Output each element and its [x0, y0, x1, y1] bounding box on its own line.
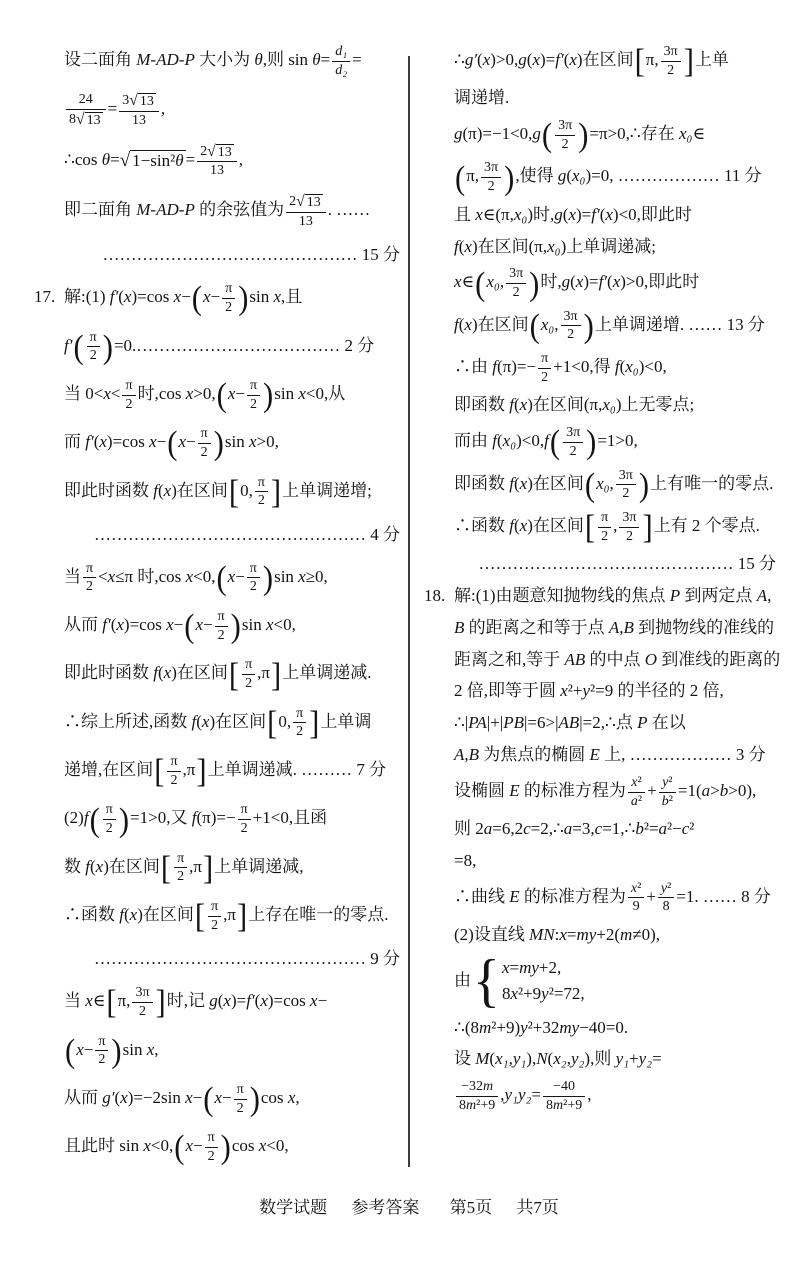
fraction: π2	[255, 475, 268, 509]
fraction: π2	[103, 802, 116, 836]
exam-answer-page: 设二面角 M-AD-P 大小为 θ,则 sin θ=d₁d₂=248√13=3√…	[0, 0, 800, 1264]
content-line: f′(π2)=0.……………………………… 2 分	[34, 330, 408, 364]
content-line: 距离之和,等于 AB 的中点 O 到准线的距离的	[424, 648, 784, 672]
content-line: 当π2<x≤π 时,cos x<0,(x−π2)sin x≥0,	[34, 561, 408, 595]
content-line: 设二面角 M-AD-P 大小为 θ,则 sin θ=d₁d₂=	[34, 44, 408, 78]
fraction: 3π2	[619, 510, 639, 544]
content-line: 即此时函数 f(x)在区间[0,π2]上单调递增;	[34, 475, 408, 509]
content-line: ∴|PA|+|PB|=6>|AB|=2,∴点 P 在以	[424, 711, 784, 735]
content-line: 由{x=my+2,8x²+9y²=72,	[424, 955, 784, 1008]
content-line: g(π)=−1<0,g(3π2)=π>0,∴存在 x₀∈	[424, 118, 784, 152]
content-line: −32m8m²+9,y₁y₂=−408m²+9,	[424, 1079, 784, 1113]
content-line: 则 2a=6,2c=2,∴a=3,c=1,∴b²=a²−c²	[424, 817, 784, 841]
fraction: −408m²+9	[543, 1079, 585, 1113]
footer-total-pages: 共7页	[516, 1193, 559, 1218]
content-line: f(x)在区间(x₀,3π2)上单调递增. …… 13 分	[424, 309, 784, 343]
content-line: 17.解:(1) f′(x)=cos x−(x−π2)sin x,且	[34, 281, 408, 315]
content-line: 即函数 f(x)在区间(x₀,3π2)上有唯一的零点.	[424, 468, 784, 502]
content-line: ∴由 f(π)=−π2+1<0,得 f(x₀)<0,	[424, 351, 784, 385]
content-line: ……………………………………… 15 分	[34, 243, 408, 267]
content-line: ∴曲线 E 的标准方程为x²9+y²8=1. …… 8 分	[424, 881, 784, 915]
content-line: x∈(x₀,3π2)时,g(x)=f′(x)>0,即此时	[424, 266, 784, 300]
content-line: 数 f(x)在区间[π2,π]上单调递减,	[34, 851, 408, 885]
content-line: 248√13=3√1313,	[34, 92, 408, 128]
fraction: π2	[83, 561, 96, 595]
fraction: π2	[174, 851, 187, 885]
problem-number: 17.	[34, 285, 64, 309]
fraction: π2	[122, 378, 135, 412]
sqrt-radical: √13	[129, 92, 156, 110]
fraction: 3π2	[481, 160, 501, 194]
fraction: 3π2	[563, 425, 583, 459]
fraction: y²b²	[659, 775, 676, 809]
content-line: 递增,在区间[π2,π]上单调递减. ……… 7 分	[34, 754, 408, 788]
fraction: π2	[205, 1130, 218, 1164]
content-line: ∴cos θ=√1−sin²θ=2√1313,	[34, 143, 408, 179]
content-line: 18.解:(1)由题意知抛物线的焦点 P 到两定点 A,	[424, 584, 784, 608]
footer-answer-label: 参考答案	[351, 1193, 419, 1218]
content-line: 而 f′(x)=cos x−(x−π2)sin x>0,	[34, 426, 408, 460]
fraction: y²8	[658, 881, 674, 915]
content-line: 当 0<x<π2时,cos x>0,(x−π2)sin x<0,从	[34, 378, 408, 412]
right-column: ∴g′(x)>0,g(x)=f′(x)在区间[π,3π2]上单调递增.g(π)=…	[410, 44, 784, 1193]
content-line: 且此时 sin x<0,(x−π2)cos x<0,	[34, 1130, 408, 1164]
content-line: 而由 f(x₀)<0,f(3π2)=1>0,	[424, 425, 784, 459]
fraction: 3√1313	[119, 92, 159, 128]
fraction: 3π2	[561, 309, 581, 343]
two-column-layout: 设二面角 M-AD-P 大小为 θ,则 sin θ=d₁d₂=248√13=3√…	[34, 44, 784, 1193]
fraction: π2	[247, 561, 260, 595]
fraction: π2	[538, 351, 551, 385]
content-line: 设椭圆 E 的标准方程为x²a²+y²b²=1(a>b>0),	[424, 775, 784, 809]
fraction: x²9	[628, 881, 644, 915]
content-line: 当 x∈[π,3π2]时,记 g(x)=f′(x)=cos x−	[34, 985, 408, 1019]
fraction: 248√13	[66, 92, 106, 128]
content-line: ∴函数 f(x)在区间[π2,3π2]上有 2 个零点.	[424, 510, 784, 544]
fraction: π2	[293, 706, 306, 740]
content-line: 设 M(x₁,y₁),N(x₂,y₂),则 y₁+y₂=	[424, 1047, 784, 1071]
content-line: 调递增.	[424, 86, 784, 110]
content-line: 2 倍,即等于圆 x²+y²=9 的半径的 2 倍,	[424, 679, 784, 703]
fraction: d₁d₂	[332, 44, 350, 78]
fraction: x²a²	[628, 775, 645, 809]
fraction: π2	[234, 1082, 247, 1116]
fraction: 3π2	[616, 468, 636, 502]
problem-number: 18.	[424, 584, 454, 608]
fraction: π2	[198, 426, 211, 460]
content-line: 且 x∈(π,x₀)时,g(x)=f′(x)<0,即此时	[424, 203, 784, 227]
fraction: 3π2	[555, 118, 575, 152]
fraction: −32m8m²+9	[456, 1079, 498, 1113]
content-line: A,B 为焦点的椭圆 E 上, ……………… 3 分	[424, 743, 784, 767]
fraction: π2	[167, 754, 180, 788]
fraction: 3π2	[661, 44, 681, 78]
sqrt-radical: √1−sin²θ	[120, 148, 186, 175]
content-line: ………………………………………… 9 分	[34, 947, 408, 971]
content-line: ……………………………………… 15 分	[424, 552, 784, 576]
content-line: (π,3π2),使得 g(x₀)=0, ……………… 11 分	[424, 160, 784, 194]
fraction: 3π2	[132, 985, 152, 1019]
content-line: ∴g′(x)>0,g(x)=f′(x)在区间[π,3π2]上单	[424, 44, 784, 78]
content-line: 从而 f′(x)=cos x−(x−π2)sin x<0,	[34, 609, 408, 643]
fraction: π2	[215, 609, 228, 643]
footer-doc-title: 数学试题	[259, 1193, 327, 1218]
fraction: π2	[208, 899, 221, 933]
content-line: ………………………………………… 4 分	[34, 523, 408, 547]
fraction: π2	[238, 802, 251, 836]
sqrt-radical: √13	[207, 143, 234, 161]
page-footer: 数学试题 参考答案 第5页 共7页	[34, 1193, 784, 1264]
fraction: π2	[247, 378, 260, 412]
content-line: (2)设直线 MN:x=my+2(m≠0),	[424, 923, 784, 947]
content-line: B 的距离之和等于点 A,B 到抛物线的准线的	[424, 616, 784, 640]
left-column: 设二面角 M-AD-P 大小为 θ,则 sin θ=d₁d₂=248√13=3√…	[34, 44, 408, 1193]
sqrt-radical: √13	[296, 193, 323, 211]
content-line: 即二面角 M-AD-P 的余弦值为2√1313. ……	[34, 193, 408, 229]
fraction: π2	[222, 281, 235, 315]
content-line: =8,	[424, 849, 784, 873]
fraction: π2	[598, 510, 611, 544]
content-line: 即此时函数 f(x)在区间[π2,π]上单调递减.	[34, 657, 408, 691]
equation-system: {x=my+2,8x²+9y²=72,	[473, 955, 585, 1008]
fraction: π2	[95, 1034, 108, 1068]
fraction: 3π2	[506, 266, 526, 300]
fraction: π2	[242, 657, 255, 691]
content-line: ∴函数 f(x)在区间[π2,π]上存在唯一的零点.	[34, 899, 408, 933]
fraction: π2	[87, 330, 100, 364]
content-line: 即函数 f(x)在区间(π,x₀)上无零点;	[424, 393, 784, 417]
content-line: (2)f(π2)=1>0,又 f(π)=−π2+1<0,且函	[34, 802, 408, 836]
content-line: ∴综上所述,函数 f(x)在区间[0,π2]上单调	[34, 706, 408, 740]
fraction: 2√1313	[197, 143, 237, 179]
fraction: 2√1313	[286, 193, 326, 229]
content-line: f(x)在区间(π,x₀)上单调递减;	[424, 235, 784, 259]
content-line: ∴(8m²+9)y²+32my−40=0.	[424, 1016, 784, 1040]
footer-page-number: 第5页	[450, 1193, 493, 1218]
content-line: 从而 g′(x)=−2sin x−(x−π2)cos x,	[34, 1082, 408, 1116]
sqrt-radical: √13	[76, 111, 103, 129]
content-line: (x−π2)sin x,	[34, 1034, 408, 1068]
